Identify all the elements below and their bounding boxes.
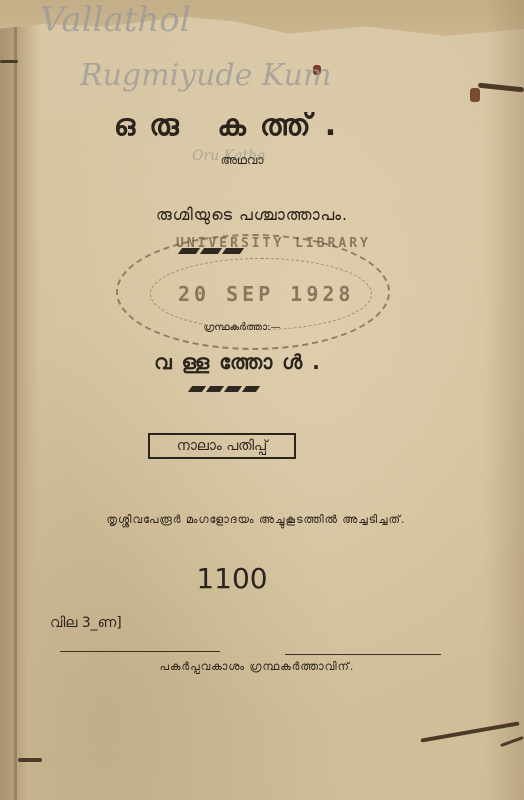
handwritten-note: Rugmiyude Kum bbox=[80, 58, 331, 93]
divider-rule bbox=[285, 654, 441, 655]
scanned-title-page: Vallathol Rugmiyude Kum Oru Katha ഒരു കത… bbox=[0, 0, 524, 800]
paper-crack bbox=[18, 758, 42, 762]
divider-rule bbox=[60, 651, 220, 652]
publication-year: 1100 bbox=[0, 562, 494, 595]
stain-spot bbox=[470, 88, 480, 102]
book-subtitle: രുഗ്മിയുടെ പശ്ചാത്താപം. bbox=[0, 205, 514, 225]
copyright-line: പകർപ്പവകാശം ഗ്രന്ഥകർത്താവിന്. bbox=[0, 660, 519, 674]
paper-crack bbox=[0, 60, 18, 63]
conjunction-athava: അഥവാ bbox=[0, 153, 504, 168]
ornament-divider bbox=[180, 248, 242, 254]
price: വില 3_ണ] bbox=[50, 615, 122, 631]
press-line: തൃശ്ശിവപേരൂർ മംഗളോദയം അച്ചുകൂടത്തിൽ അച്ച… bbox=[0, 513, 518, 527]
book-title: ഒരു കത്ത്. bbox=[0, 108, 494, 143]
ornament-divider bbox=[190, 386, 258, 392]
handwritten-note: Vallathol bbox=[40, 0, 191, 40]
edition-box: നാലാം പതിപ്പ് bbox=[148, 433, 296, 459]
author-label: ഗ്രന്ഥകർത്താ:— bbox=[0, 322, 504, 333]
author-name: വള്ളത്തോൾ. bbox=[0, 350, 504, 374]
stamp-date: 20 SEP 1928 bbox=[178, 282, 354, 306]
edition-text: നാലാം പതിപ്പ് bbox=[177, 438, 267, 454]
